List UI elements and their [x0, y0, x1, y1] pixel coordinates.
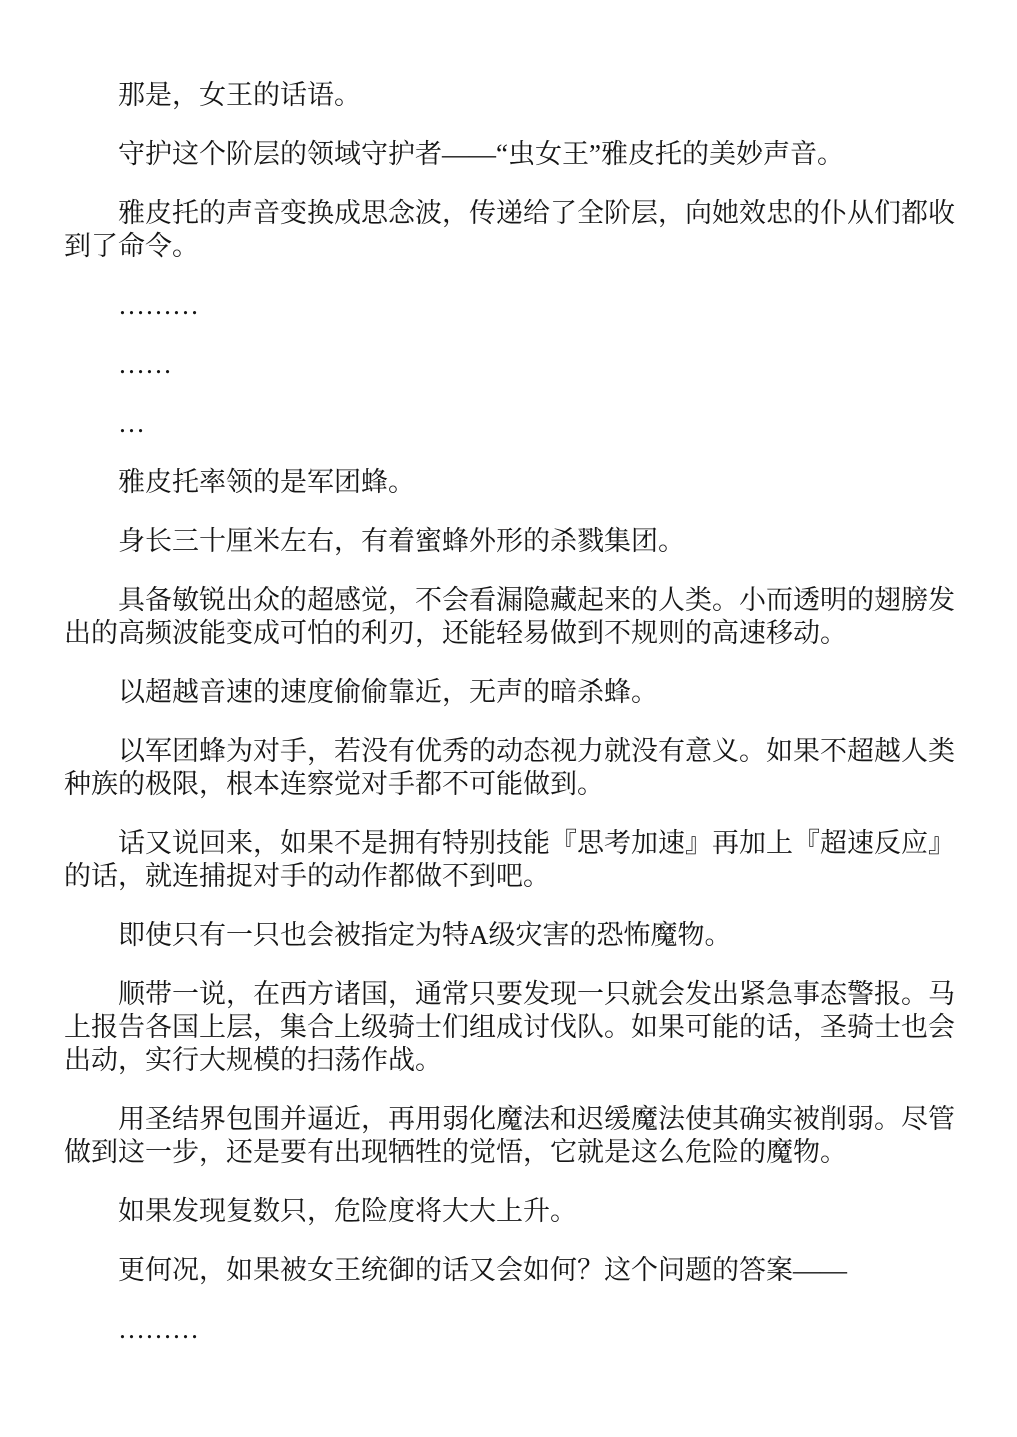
paragraph-14: 顺带一说，在西方诸国，通常只要发现一只就会发出紧急事态警报。马上报告各国上层，集… — [64, 978, 955, 1077]
paragraph-7: 雅皮托率领的是军团蜂。 — [64, 466, 955, 499]
paragraph-12: 话又说回来，如果不是拥有特别技能『思考加速』再加上『超速反应』的话，就连捕捉对手… — [64, 827, 955, 893]
paragraph-11: 以军团蜂为对手，若没有优秀的动态视力就没有意义。如果不超越人类种族的极限，根本连… — [64, 735, 955, 801]
paragraph-1: 那是，女王的话语。 — [64, 79, 955, 112]
paragraph-13: 即使只有一只也会被指定为特A级灾害的恐怖魔物。 — [64, 919, 955, 952]
paragraph-16: 如果发现复数只，危险度将大大上升。 — [64, 1195, 955, 1228]
paragraph-17: 更何况，如果被女王统御的话又会如何？这个问题的答案—— — [64, 1254, 955, 1287]
paragraph-3: 雅皮托的声音变换成思念波，传递给了全阶层，向她效忠的仆从们都收到了命令。 — [64, 197, 955, 263]
ellipsis-line-1: ……… — [64, 289, 955, 322]
novel-page: 那是，女王的话语。 守护这个阶层的领域守护者——“虫女王”雅皮托的美妙声音。 雅… — [0, 0, 1017, 1437]
paragraph-8: 身长三十厘米左右，有着蜜蜂外形的杀戮集团。 — [64, 525, 955, 558]
paragraph-9: 具备敏锐出众的超感觉，不会看漏隐藏起来的人类。小而透明的翅膀发出的高频波能变成可… — [64, 584, 955, 650]
paragraph-2: 守护这个阶层的领域守护者——“虫女王”雅皮托的美妙声音。 — [64, 138, 955, 171]
ellipsis-line-2: …… — [64, 348, 955, 381]
ellipsis-line-4: ……… — [64, 1313, 955, 1346]
paragraph-15: 用圣结界包围并逼近，再用弱化魔法和迟缓魔法使其确实被削弱。尽管做到这一步，还是要… — [64, 1103, 955, 1169]
paragraph-10: 以超越音速的速度偷偷靠近，无声的暗杀蜂。 — [64, 676, 955, 709]
ellipsis-line-3: … — [64, 407, 955, 440]
